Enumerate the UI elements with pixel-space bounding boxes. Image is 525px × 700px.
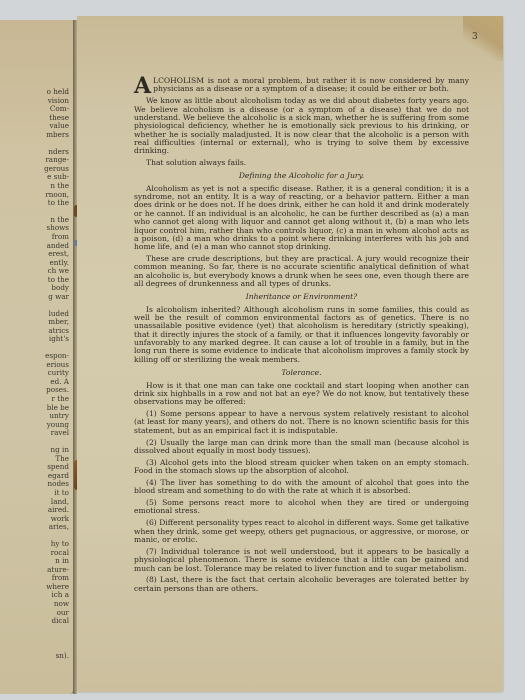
- list-item: (7) Individual tolerance is not well und…: [134, 548, 469, 573]
- left-line: ravel: [0, 429, 69, 438]
- left-line: sn).: [0, 652, 69, 661]
- list-item: (1) Some persons appear to have a nervou…: [134, 410, 469, 435]
- paragraph: We know as little about alcoholism today…: [134, 97, 469, 155]
- list-item: (8) Last, there is the fact that certain…: [134, 576, 469, 593]
- left-page-fragment: o held vision Com- these value mbers nde…: [0, 20, 74, 694]
- main-page: 3 ALCOHOLISM is not a moral problem, but…: [77, 16, 503, 692]
- drop-cap: A: [134, 78, 151, 95]
- paragraph: That solution always fails.: [134, 159, 469, 167]
- list-item: (2) Usually the large man can drink more…: [134, 439, 469, 456]
- list-item: (4) The liver has something to do with t…: [134, 479, 469, 496]
- left-line: g war: [0, 293, 69, 302]
- section-heading-tolerance: Tolerance.: [134, 369, 469, 377]
- paragraph: Is alcoholism inherited? Although alcoho…: [134, 306, 469, 364]
- section-heading-jury: Defining the Alcoholic for a Jury.: [134, 172, 469, 180]
- section-heading-inheritance: Inheritance or Environment?: [134, 293, 469, 301]
- page-number: 3: [472, 32, 478, 42]
- page-corner-stain: [463, 16, 503, 61]
- page-body: ALCOHOLISM is not a moral problem, but r…: [134, 77, 469, 597]
- left-line: ight's: [0, 335, 69, 344]
- intro-paragraph: ALCOHOLISM is not a moral problem, but r…: [134, 77, 469, 94]
- left-line: aries,: [0, 523, 69, 532]
- paragraph: Alcoholism as yet is not a specific dise…: [134, 185, 469, 252]
- left-line: to the: [0, 199, 69, 208]
- list-item: (3) Alcohol gets into the blood stream q…: [134, 459, 469, 476]
- left-line: dical: [0, 617, 69, 626]
- list-item: (5) Some persons react more to alcohol w…: [134, 499, 469, 516]
- list-item: (6) Different personality types react to…: [134, 519, 469, 544]
- left-line: mbers: [0, 131, 69, 140]
- left-page-text: o held vision Com- these value mbers nde…: [0, 88, 69, 660]
- paragraph: These are crude descriptions, but they a…: [134, 255, 469, 288]
- paragraph: How is it that one man can take one cock…: [134, 382, 469, 407]
